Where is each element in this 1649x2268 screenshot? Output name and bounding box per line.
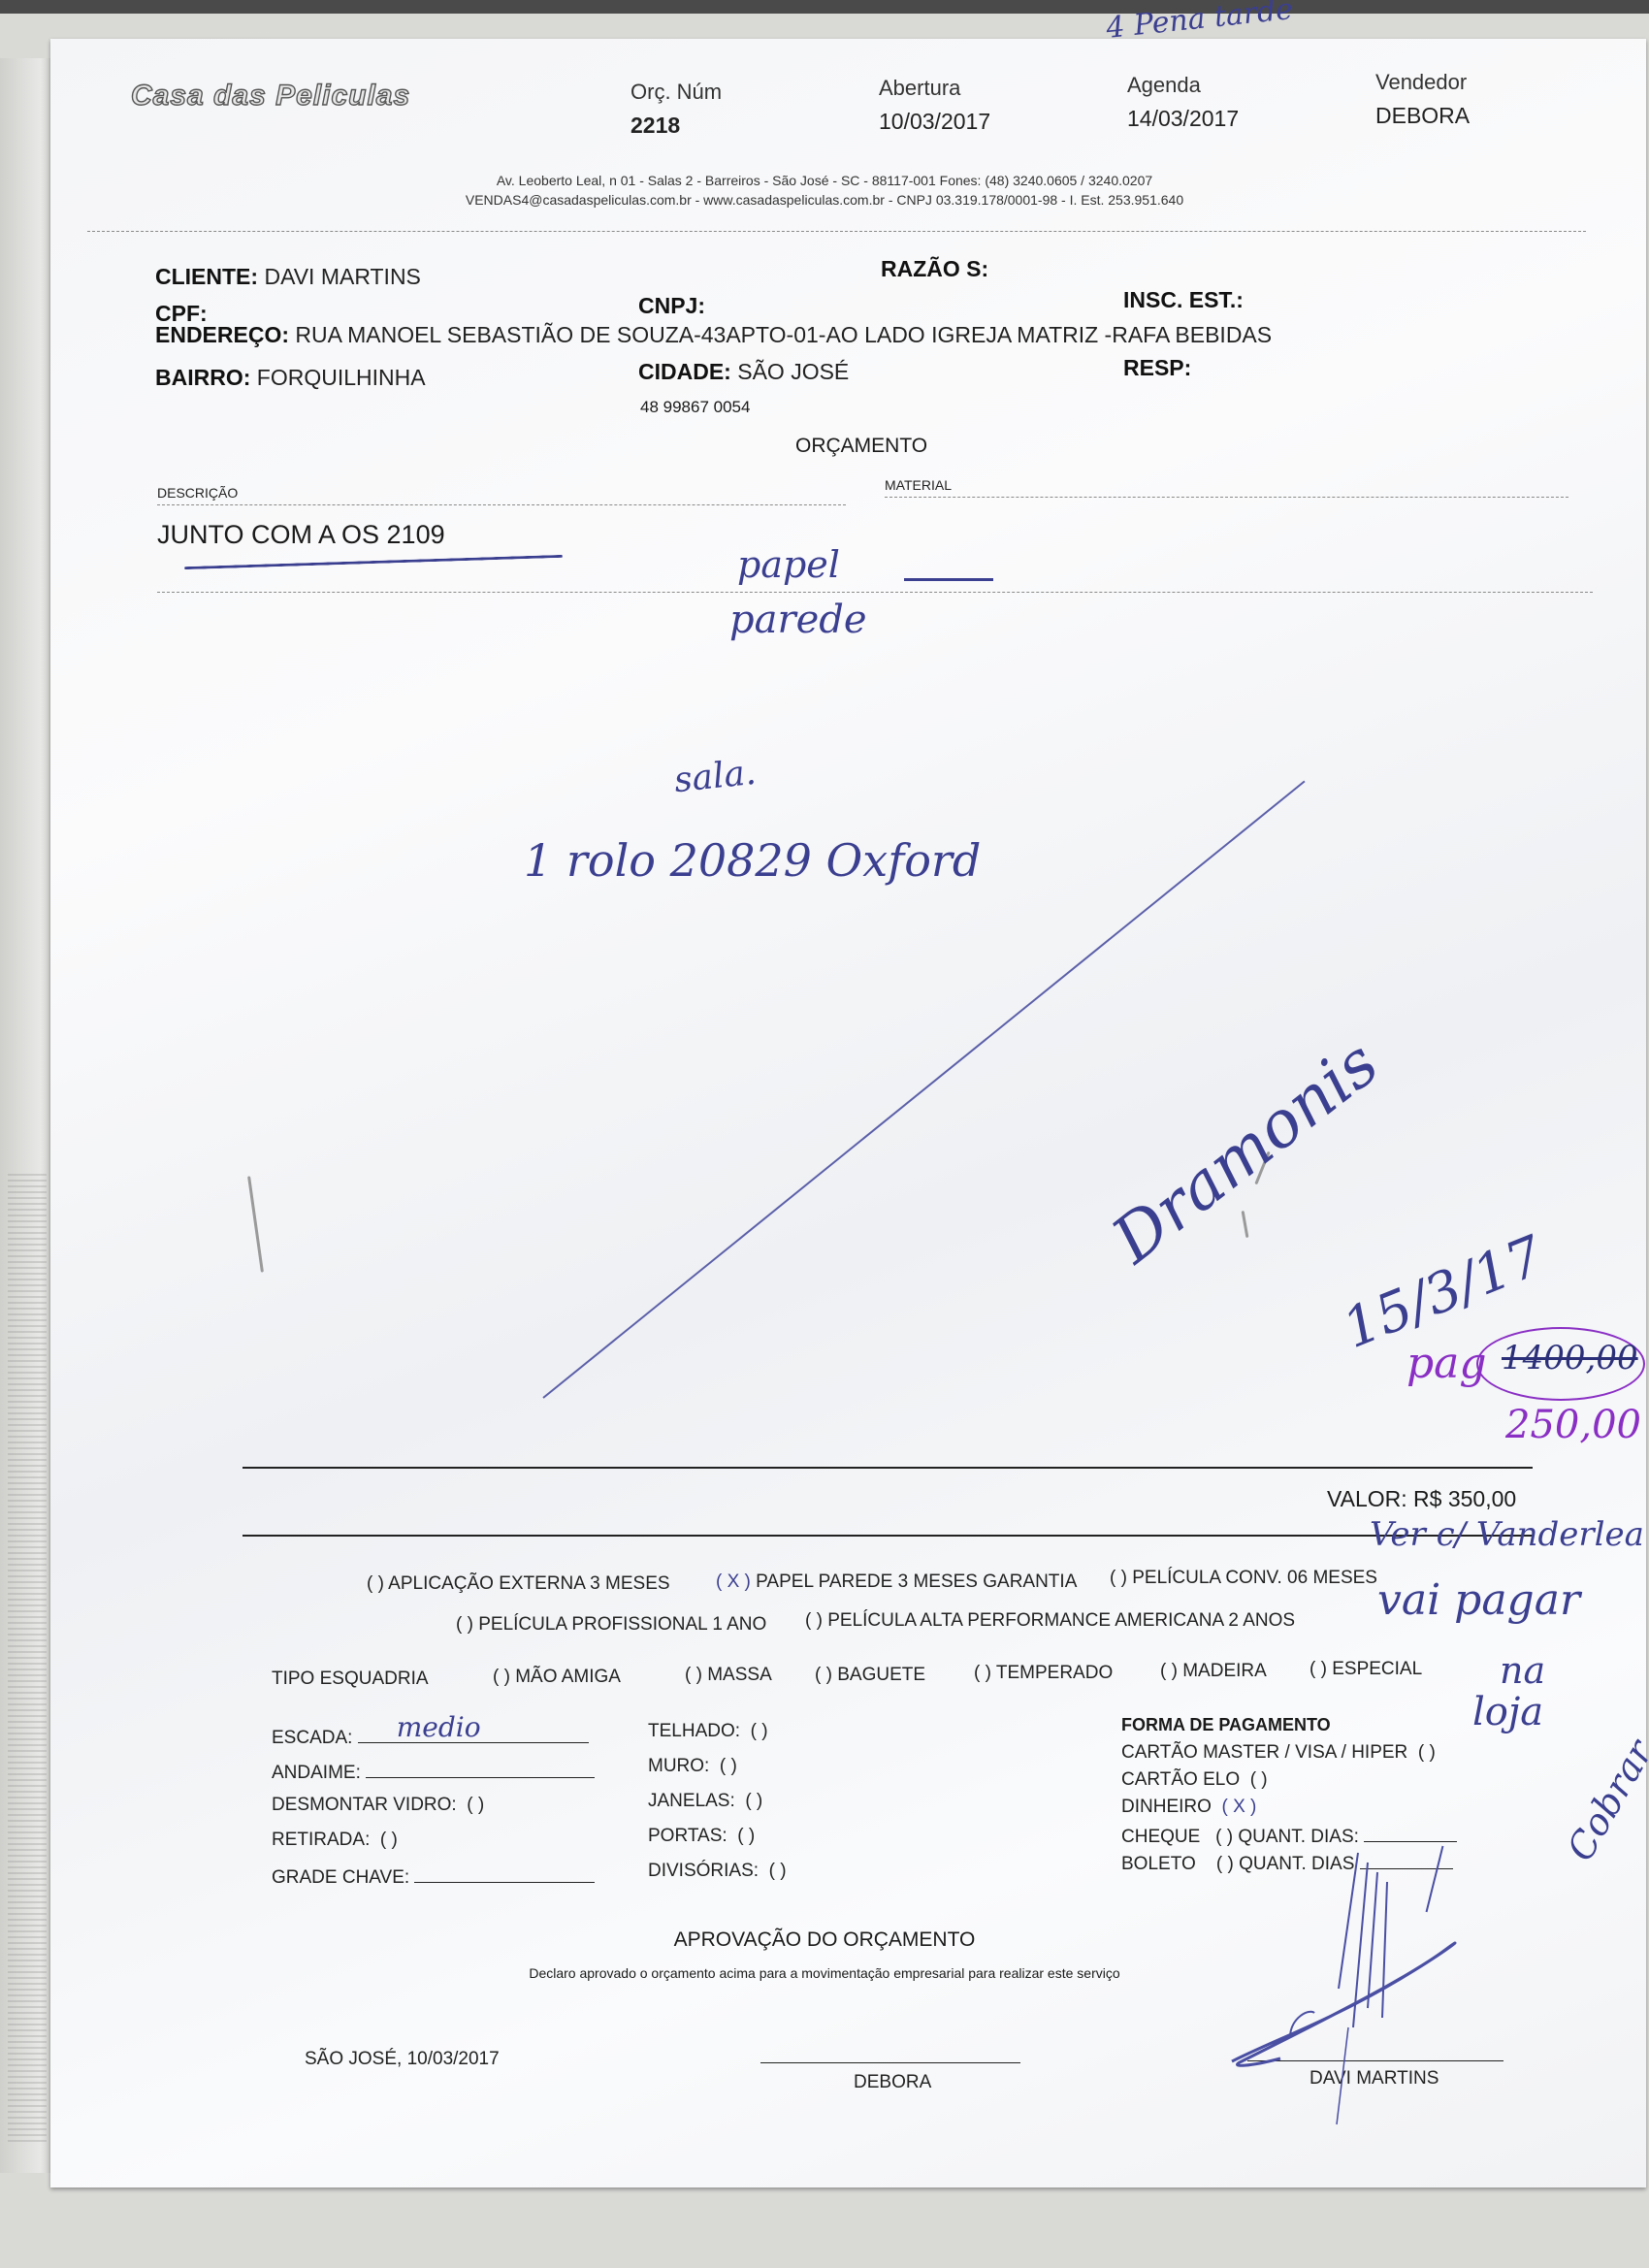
handwritten-room: sala. [672, 753, 758, 801]
service-papel-parede[interactable]: ( X ) PAPEL PAREDE 3 MESES GARANTIA [716, 1571, 1077, 1593]
pagamento-dinheiro[interactable]: DINHEIRO ( X ) [1121, 1797, 1256, 1818]
esquadria-madeira[interactable]: ( ) MADEIRA [1160, 1661, 1267, 1682]
seller-name: DEBORA [854, 2072, 931, 2093]
cidade-field: CIDADE: SÃO JOSÉ [638, 359, 849, 385]
company-address: Av. Leoberto Leal, n 01 - Salas 2 - Barr… [0, 173, 1649, 188]
handwritten-paid: pag [1406, 1339, 1487, 1388]
descricao-value: JUNTO COM A OS 2109 [157, 520, 445, 550]
handwritten-item: 1 rolo 20829 Oxford [524, 834, 981, 887]
orcamento-title: ORÇAMENTO [795, 435, 927, 458]
grade-chave-field[interactable]: GRADE CHAVE: [272, 1864, 595, 1889]
portas-option[interactable]: PORTAS: ( ) [648, 1826, 755, 1847]
client-signature-scribble [1222, 1843, 1494, 2134]
service-pelicula-alta-performance[interactable]: ( ) PELÍCULA ALTA PERFORMANCE AMERICANA … [805, 1610, 1295, 1632]
divider [157, 592, 1593, 593]
insc-est-field: INSC. EST.: [1123, 287, 1244, 313]
pagamento-title: FORMA DE PAGAMENTO [1121, 1715, 1331, 1735]
handwritten-material-line2: parede [729, 598, 867, 642]
resp-field: RESP: [1123, 355, 1191, 381]
handwritten-material-line1: papel [737, 543, 840, 586]
vendedor-label: Vendedor [1375, 70, 1467, 95]
divider [87, 231, 1586, 232]
handwritten-note-1: Ver c/ Vanderlea [1370, 1515, 1644, 1554]
handwritten-strikeout [904, 578, 993, 581]
agenda-value: 14/03/2017 [1127, 106, 1239, 132]
cliente-field: CLIENTE: DAVI MARTINS [155, 264, 421, 290]
muro-option[interactable]: MURO: ( ) [648, 1756, 737, 1777]
desmontar-vidro-field[interactable]: DESMONTAR VIDRO: ( ) [272, 1795, 484, 1816]
bairro-value: FORQUILHINHA [257, 365, 426, 390]
seller-signature-line [760, 2062, 1020, 2063]
divider [885, 497, 1568, 498]
company-contact: VENDAS4@casadaspeliculas.com.br - www.ca… [0, 192, 1649, 208]
service-aplicacao-externa[interactable]: ( ) APLICAÇÃO EXTERNA 3 MESES [367, 1573, 670, 1595]
cnpj-field: CNPJ: [638, 293, 705, 319]
material-label: MATERIAL [885, 477, 952, 493]
escada-value: medio [397, 1711, 481, 1743]
divider [242, 1467, 1533, 1469]
divider [157, 504, 846, 505]
telhado-option[interactable]: TELHADO: ( ) [648, 1721, 768, 1742]
abertura-label: Abertura [879, 76, 960, 101]
cliente-value: DAVI MARTINS [264, 264, 420, 289]
esquadria-especial[interactable]: ( ) ESPECIAL [1309, 1659, 1422, 1680]
escada-field[interactable]: ESCADA: medio [272, 1725, 589, 1749]
esquadria-temperado[interactable]: ( ) TEMPERADO [974, 1663, 1113, 1684]
esquadria-mao-amiga[interactable]: ( ) MÃO AMIGA [493, 1667, 621, 1688]
scanner-edge [0, 0, 1649, 14]
descricao-label: DESCRIÇÃO [157, 485, 238, 501]
cidade-value: SÃO JOSÉ [737, 359, 849, 384]
handwritten-paid-value: 250,00 [1505, 1403, 1641, 1447]
service-pelicula-profissional[interactable]: ( ) PELÍCULA PROFISSIONAL 1 ANO [456, 1614, 766, 1636]
vendedor-value: DEBORA [1375, 103, 1470, 129]
orc-num-label: Orç. Núm [630, 80, 722, 105]
company-logo: Casa das Peliculas [131, 80, 410, 113]
underlying-sheet-edge [0, 58, 58, 2173]
orc-num-value: 2218 [630, 113, 680, 139]
agenda-label: Agenda [1127, 73, 1201, 98]
pagamento-cartao-elo[interactable]: CARTÃO ELO ( ) [1121, 1769, 1268, 1791]
razao-field: RAZÃO S: [881, 256, 988, 282]
retirada-field[interactable]: RETIRADA: ( ) [272, 1830, 398, 1851]
bairro-field: BAIRRO: FORQUILHINHA [155, 365, 426, 391]
client-phone: 48 99867 0054 [640, 398, 750, 417]
pagamento-cartao-master[interactable]: CARTÃO MASTER / VISA / HIPER ( ) [1121, 1742, 1436, 1764]
janelas-option[interactable]: JANELAS: ( ) [648, 1791, 762, 1812]
valor-field: VALOR: R$ 350,00 [1327, 1486, 1516, 1512]
esquadria-baguete[interactable]: ( ) BAGUETE [815, 1665, 925, 1686]
handwritten-crossed-value: 1400,00 [1502, 1339, 1638, 1377]
place-date: SÃO JOSÉ, 10/03/2017 [305, 2049, 500, 2070]
handwritten-note-4: loja [1472, 1690, 1543, 1734]
esquadria-label: TIPO ESQUADRIA [272, 1669, 429, 1690]
abertura-value: 10/03/2017 [879, 109, 990, 135]
esquadria-massa[interactable]: ( ) MASSA [685, 1665, 772, 1686]
divider [242, 1535, 1533, 1537]
endereco-field: ENDEREÇO: RUA MANOEL SEBASTIÃO DE SOUZA-… [155, 322, 1272, 348]
valor-amount: R$ 350,00 [1413, 1486, 1516, 1511]
divisorias-option[interactable]: DIVISÓRIAS: ( ) [648, 1861, 787, 1882]
andaime-field[interactable]: ANDAIME: [272, 1760, 595, 1784]
service-pelicula-conv[interactable]: ( ) PELÍCULA CONV. 06 MESES [1110, 1568, 1377, 1589]
handwritten-note-3: na [1500, 1649, 1545, 1692]
endereco-value: RUA MANOEL SEBASTIÃO DE SOUZA-43APTO-01-… [295, 322, 1272, 347]
handwritten-note-2: vai pagar [1377, 1575, 1580, 1625]
